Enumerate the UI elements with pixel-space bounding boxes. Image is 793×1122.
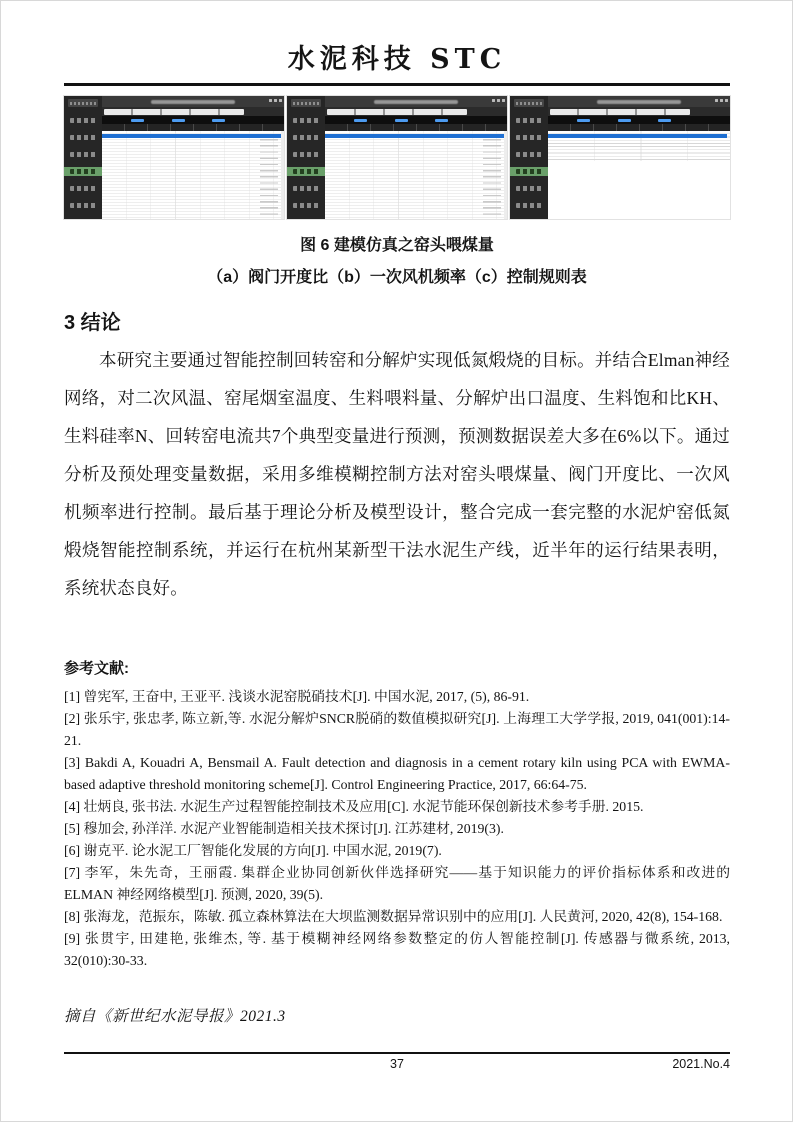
sidebar-item-active xyxy=(64,167,102,176)
section-heading: 3 结论 xyxy=(64,306,730,335)
references-list: [1] 曾宪军, 王奋中, 王亚平. 浅谈水泥窑脱硝技术[J]. 中国水泥, 2… xyxy=(64,686,730,972)
minimize-icon xyxy=(492,99,495,102)
sidebar-item xyxy=(510,201,548,210)
sidebar-item-label xyxy=(516,169,542,174)
sidebar-item-label xyxy=(70,203,96,208)
window-titlebar xyxy=(548,96,730,107)
table-rows xyxy=(548,131,730,161)
sidebar-item xyxy=(287,150,325,159)
sidebar-item xyxy=(287,133,325,142)
link-item xyxy=(618,119,631,122)
tab-strip xyxy=(325,107,507,116)
window-title xyxy=(374,100,458,104)
selected-row xyxy=(548,134,727,138)
sidebar-item-label xyxy=(293,152,319,157)
close-icon xyxy=(502,99,505,102)
sidebar-menu xyxy=(287,116,325,210)
close-icon xyxy=(279,99,282,102)
sidebar-item xyxy=(287,201,325,210)
reference-item: [7] 李军，朱先奇，王丽霞. 集群企业协同创新伙伴选择研究——基于知识能力的评… xyxy=(64,862,730,906)
journal-page: { "header": { "journal_title": "水泥科技 STC… xyxy=(0,0,793,1122)
sidebar-item-label xyxy=(516,203,542,208)
sidebar-item xyxy=(64,184,102,193)
references-heading: 参考文献: xyxy=(64,657,730,678)
figure-6 xyxy=(64,96,730,219)
link-strip xyxy=(548,116,730,124)
app-logo-badge xyxy=(514,99,544,107)
figure-caption-sub: （a）阀门开度比（b）一次风机频率（c）控制规则表 xyxy=(64,264,730,287)
sidebar-item-active xyxy=(287,167,325,176)
reference-item: [8] 张海龙，范振东，陈敏. 孤立森林算法在大坝监测数据异常识别中的应用[J]… xyxy=(64,906,730,928)
sidebar-item-label xyxy=(516,152,542,157)
reference-item: [3] Bakdi A, Kouadri A, Bensmail A. Faul… xyxy=(64,752,730,796)
sidebar-item xyxy=(287,184,325,193)
sidebar-item-label xyxy=(70,118,96,123)
link-item xyxy=(395,119,408,122)
sidebar-item xyxy=(510,133,548,142)
figure-screenshot-panel-a xyxy=(64,96,284,219)
page-content: 水泥科技 STC xyxy=(64,1,730,1026)
minimize-icon xyxy=(715,99,718,102)
window-controls xyxy=(492,99,505,102)
window-controls xyxy=(715,99,728,102)
app-main-area xyxy=(325,96,507,219)
table-header-row xyxy=(548,124,730,131)
sidebar-menu xyxy=(64,116,102,210)
sidebar-item xyxy=(64,150,102,159)
window-title xyxy=(597,100,681,104)
journal-title: 水泥科技 STC xyxy=(64,37,730,76)
window-titlebar xyxy=(102,96,284,107)
app-main-area xyxy=(102,96,284,219)
selected-row xyxy=(325,134,504,138)
sidebar-item-label xyxy=(516,135,542,140)
reference-item: [4] 壮炳良, 张书法. 水泥生产过程智能控制技术及应用[C]. 水泥节能环保… xyxy=(64,796,730,818)
figure-screenshot-panel-c xyxy=(510,96,730,219)
reference-item: [5] 穆加会, 孙洋洋. 水泥产业智能制造相关技术探讨[J]. 江苏建材, 2… xyxy=(64,818,730,840)
maximize-icon xyxy=(497,99,500,102)
link-item xyxy=(131,119,144,122)
sidebar-item-label xyxy=(516,118,542,123)
sidebar-item-label xyxy=(293,186,319,191)
reference-item: [6] 谢克平. 论水泥工厂智能化发展的方向[J]. 中国水泥, 2019(7)… xyxy=(64,840,730,862)
table-header-row xyxy=(102,124,284,131)
sidebar-item xyxy=(510,150,548,159)
table-rows xyxy=(325,131,507,219)
selected-row xyxy=(102,134,281,138)
link-strip xyxy=(325,116,507,124)
sidebar-item-label xyxy=(293,135,319,140)
reference-item: [1] 曾宪军, 王奋中, 王亚平. 浅谈水泥窑脱硝技术[J]. 中国水泥, 2… xyxy=(64,686,730,708)
sidebar-item-active xyxy=(510,167,548,176)
app-sidebar xyxy=(287,96,325,219)
tab-buttons xyxy=(550,109,690,115)
app-logo-badge xyxy=(68,99,98,107)
maximize-icon xyxy=(274,99,277,102)
figure-caption: 图 6 建模仿真之窑头喂煤量 xyxy=(64,232,730,255)
sidebar-item-label xyxy=(516,186,542,191)
footer-rule xyxy=(64,1052,730,1054)
sidebar-item-label xyxy=(70,152,96,157)
sidebar-item-label xyxy=(70,135,96,140)
app-sidebar xyxy=(64,96,102,219)
conclusion-paragraph: 本研究主要通过智能控制回转窑和分解炉实现低氮煅烧的目标。并结合Elman神经网络… xyxy=(64,341,730,607)
sidebar-item-label xyxy=(293,118,319,123)
source-attribution: 摘自《新世纪水泥导报》2021.3 xyxy=(64,1004,730,1026)
tab-buttons xyxy=(327,109,467,115)
table-header-row xyxy=(325,124,507,131)
window-titlebar xyxy=(325,96,507,107)
tab-strip xyxy=(102,107,284,116)
app-main-area xyxy=(548,96,730,219)
link-item xyxy=(435,119,448,122)
issue-number: 2021.No.4 xyxy=(672,1057,730,1071)
app-logo-badge xyxy=(291,99,321,107)
link-item xyxy=(658,119,671,122)
reference-item: [2] 张乐宇, 张忠孝, 陈立新,等. 水泥分解炉SNCR脱硝的数值模拟研究[… xyxy=(64,708,730,752)
sidebar-item xyxy=(64,201,102,210)
link-item xyxy=(577,119,590,122)
empty-area xyxy=(548,161,730,219)
link-item xyxy=(354,119,367,122)
header-rule xyxy=(64,83,730,86)
minimize-icon xyxy=(269,99,272,102)
tab-strip xyxy=(548,107,730,116)
app-sidebar xyxy=(510,96,548,219)
sidebar-item-label xyxy=(70,169,96,174)
window-title xyxy=(151,100,235,104)
link-item xyxy=(172,119,185,122)
page-number: 37 xyxy=(64,1057,730,1071)
maximize-icon xyxy=(720,99,723,102)
sidebar-item-label xyxy=(70,186,96,191)
sidebar-item xyxy=(64,116,102,125)
link-item xyxy=(212,119,225,122)
sidebar-item-label xyxy=(293,203,319,208)
sidebar-item xyxy=(64,133,102,142)
window-controls xyxy=(269,99,282,102)
tab-buttons xyxy=(104,109,244,115)
close-icon xyxy=(725,99,728,102)
table-rows xyxy=(102,131,284,219)
link-strip xyxy=(102,116,284,124)
figure-screenshot-panel-b xyxy=(287,96,507,219)
sidebar-item-label xyxy=(293,169,319,174)
sidebar-item xyxy=(287,116,325,125)
reference-item: [9] 张贯宇, 田建艳, 张维杰, 等. 基于模糊神经网络参数整定的仿人智能控… xyxy=(64,928,730,972)
page-footer: 37 2021.No.4 xyxy=(64,1052,730,1075)
sidebar-menu xyxy=(510,116,548,210)
sidebar-item xyxy=(510,116,548,125)
sidebar-item xyxy=(510,184,548,193)
